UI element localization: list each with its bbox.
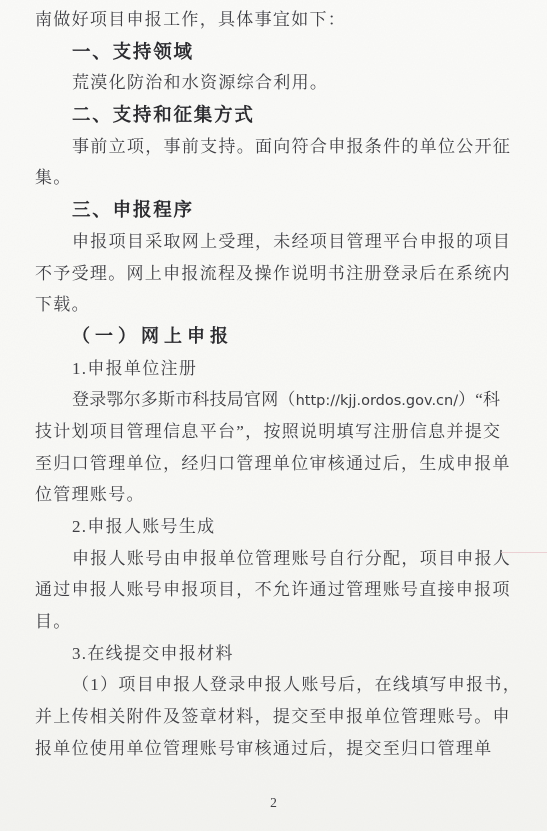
- text-line: 事前立项，事前支持。面向符合申报条件的单位公开征: [35, 131, 513, 163]
- text-line: 3.在线提交申报材料: [35, 638, 513, 670]
- text-line: 南做好项目申报工作，具体事宜如下：: [35, 4, 513, 36]
- section-heading: 一、支持领域: [35, 36, 513, 68]
- scan-artifact-line: [501, 552, 547, 553]
- text-line: 登录鄂尔多斯市科技局官网（http://kjj.ordos.gov.cn/）“科: [35, 384, 513, 416]
- text-segment: ）“科: [458, 390, 500, 409]
- text-line: 报单位使用单位管理账号审核通过后，提交至归口管理单: [35, 733, 513, 765]
- text-line: 荒漠化防治和水资源综合利用。: [35, 67, 513, 99]
- text-line: 并上传相关附件及签章材料，提交至申报单位管理账号。申: [35, 701, 513, 733]
- sub-section-heading: （一）网上申报: [35, 321, 513, 353]
- text-line: 下载。: [35, 289, 513, 321]
- section-heading: 二、支持和征集方式: [35, 99, 513, 131]
- page-number: 2: [0, 795, 547, 811]
- section-heading: 三、申报程序: [35, 194, 513, 226]
- text-line: 申报项目采取网上受理，未经项目管理平台申报的项目: [35, 226, 513, 258]
- text-line: 1.申报单位注册: [35, 353, 513, 385]
- text-line: 目。: [35, 606, 513, 638]
- document-body: 南做好项目申报工作，具体事宜如下：一、支持领域荒漠化防治和水资源综合利用。二、支…: [35, 4, 513, 765]
- text-line: 位管理账号。: [35, 479, 513, 511]
- url-text: http://kjj.ordos.gov.cn/: [296, 393, 459, 409]
- text-line: 至归口管理单位，经归口管理单位审核通过后，生成申报单: [35, 448, 513, 480]
- text-line: 集。: [35, 162, 513, 194]
- text-line: 申报人账号由申报单位管理账号自行分配，项目申报人: [35, 543, 513, 575]
- text-segment: 登录鄂尔多斯市科技局官网（: [72, 390, 296, 409]
- text-line: （1）项目申报人登录申报人账号后，在线填写申报书，: [35, 669, 513, 701]
- text-line: 技计划项目管理信息平台”，按照说明填写注册信息并提交: [35, 416, 513, 448]
- text-line: 2.申报人账号生成: [35, 511, 513, 543]
- scanned-document-page: 南做好项目申报工作，具体事宜如下：一、支持领域荒漠化防治和水资源综合利用。二、支…: [0, 0, 547, 831]
- text-line: 通过申报人账号申报项目，不允许通过管理账号直接申报项: [35, 574, 513, 606]
- text-line: 不予受理。网上申报流程及操作说明书注册登录后在系统内: [35, 258, 513, 290]
